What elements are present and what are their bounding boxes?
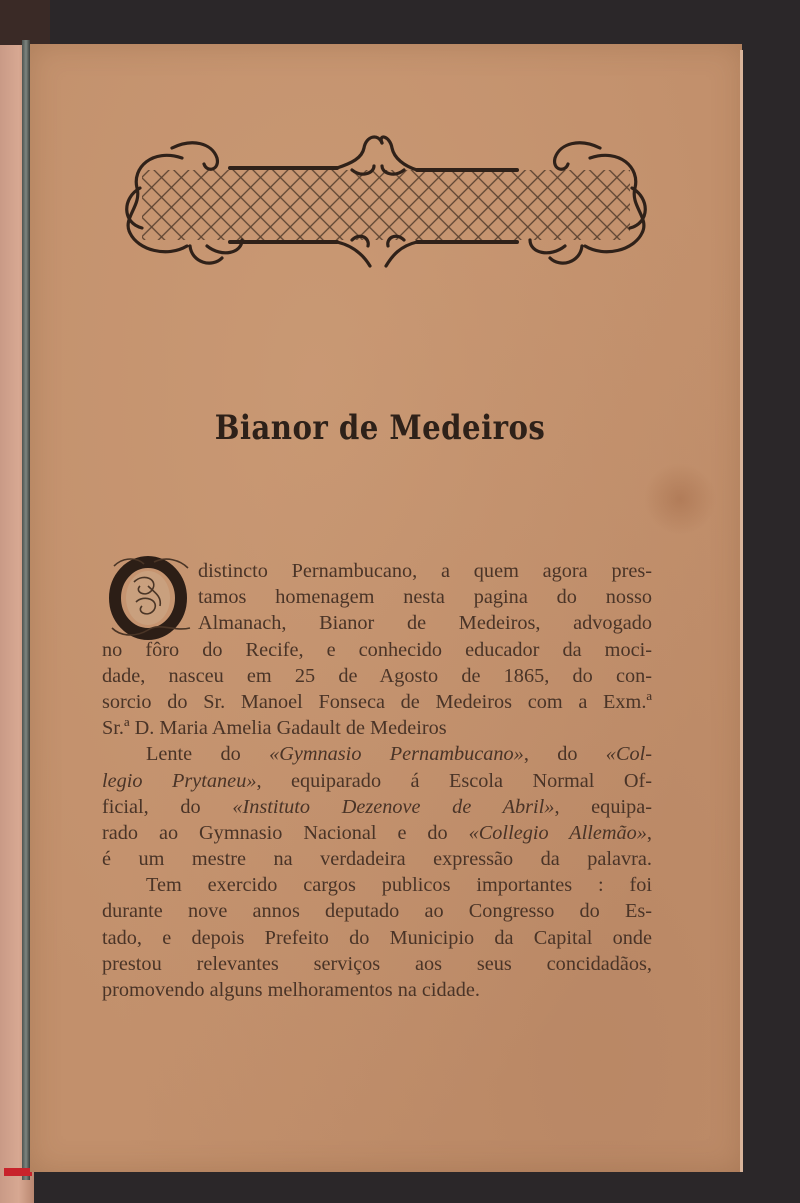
text-line: no fôro do Recife, e conhecido educador … [102, 637, 652, 663]
text-line: prestou relevantes serviços aos seus con… [102, 951, 652, 977]
text-line: promovendo alguns melhoramentos na cidad… [102, 977, 652, 1003]
text-span: , do [524, 743, 606, 765]
article-body: distincto Pernambucano, a quem agora pre… [102, 558, 652, 1003]
text-span: Lente do [146, 743, 269, 765]
text-line: é um mestre na verdadeira expressão da p… [102, 846, 652, 872]
text-line: Tem exercido cargos publicos importantes… [102, 872, 652, 898]
book-spine [22, 40, 30, 1180]
text-span: ficial, do [102, 796, 232, 818]
text-span: , equiparado á Escola Normal Of- [256, 770, 652, 792]
text-line: tado, e depois Prefeito do Municipio da … [102, 925, 652, 951]
text-span: , [647, 822, 652, 844]
page-title: Bianor de Medeiros [53, 408, 707, 448]
institution-name: «Gymnasio Pernambucano» [269, 743, 524, 765]
text-line: Sr.ª D. Maria Amelia Gadault de Medeiros [102, 715, 652, 741]
text-line: durante nove annos deputado ao Congresso… [102, 898, 652, 924]
institution-name: «Col- [606, 743, 652, 765]
text-line: sorcio do Sr. Manoel Fonseca de Medeiros… [102, 689, 652, 715]
institution-name: «Instituto Dezenove de Abril» [232, 796, 554, 818]
text-line: Almanach, Bianor de Medeiros, advogado [102, 610, 652, 636]
institution-name: legio Prytaneu» [102, 770, 256, 792]
institution-name: «Collegio Allemão» [469, 822, 647, 844]
book-cover-corner [0, 0, 50, 45]
text-line: ficial, do «Instituto Dezenove de Abril»… [102, 794, 652, 820]
text-line: legio Prytaneu», equiparado á Escola Nor… [102, 768, 652, 794]
spine-red-mark [4, 1168, 32, 1176]
text-line: rado ao Gymnasio Nacional e do «Collegio… [102, 820, 652, 846]
text-line: Lente do «Gymnasio Pernambucano», do «Co… [102, 741, 652, 767]
text-span: , equipa- [554, 796, 652, 818]
ornament-header-icon [112, 128, 660, 273]
text-span: rado ao Gymnasio Nacional e do [102, 822, 469, 844]
text-line: tamos homenagem nesta pagina do nosso [102, 584, 652, 610]
text-line: dade, nasceu em 25 de Agosto de 1865, do… [102, 663, 652, 689]
text-line: distincto Pernambucano, a quem agora pre… [102, 558, 652, 584]
page-edge [740, 50, 743, 1172]
